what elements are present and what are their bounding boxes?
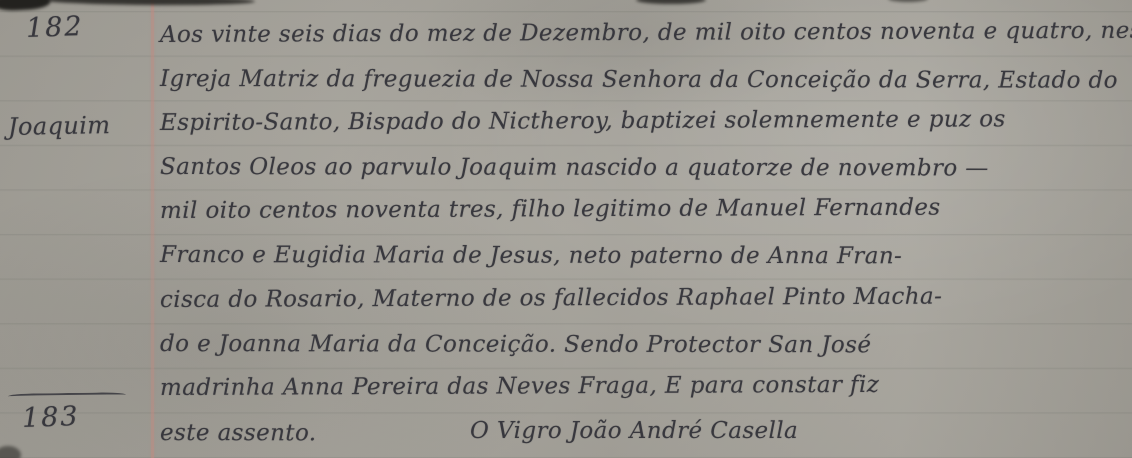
record-separator-stroke [8,392,126,399]
record-line: do e Joanna Maria da Conceição. Sendo Pr… [160,331,871,358]
margin-rule-line [151,0,154,458]
record-line: mil oito centos noventa tres, filho legi… [160,195,941,224]
child-name: Joaquim [8,111,111,141]
record-line: Espirito-Santo, Bispado do Nictheroy, ba… [160,106,1006,136]
vicar-signature: O Vigro João André Casella [470,418,798,444]
record-number-top: 182 [25,11,84,44]
record-line: Santos Oleos ao parvulo Joaquim nascido … [160,154,989,181]
record-number-bottom: 183 [21,401,80,434]
record-line: cisca do Rosario, Materno de os fallecid… [160,284,942,313]
scan-smudge [0,446,21,458]
scan-smudge [0,0,50,11]
record-line: Franco e Eugidia Maria de Jesus, neto pa… [160,242,902,269]
record-line: Igreja Matriz da freguezia de Nossa Senh… [160,66,1118,94]
manuscript-page: 182 Joaquim 183 Aos vinte seis dias do m… [0,0,1132,458]
record-line: madrinha Anna Pereira das Neves Fraga, E… [160,372,879,401]
scan-smudge [888,0,928,2]
scan-smudge [636,0,706,4]
scan-smudge [40,0,255,6]
record-line: Aos vinte seis dias do mez de Dezembro, … [160,18,1132,48]
record-line: este assento. [160,420,317,446]
